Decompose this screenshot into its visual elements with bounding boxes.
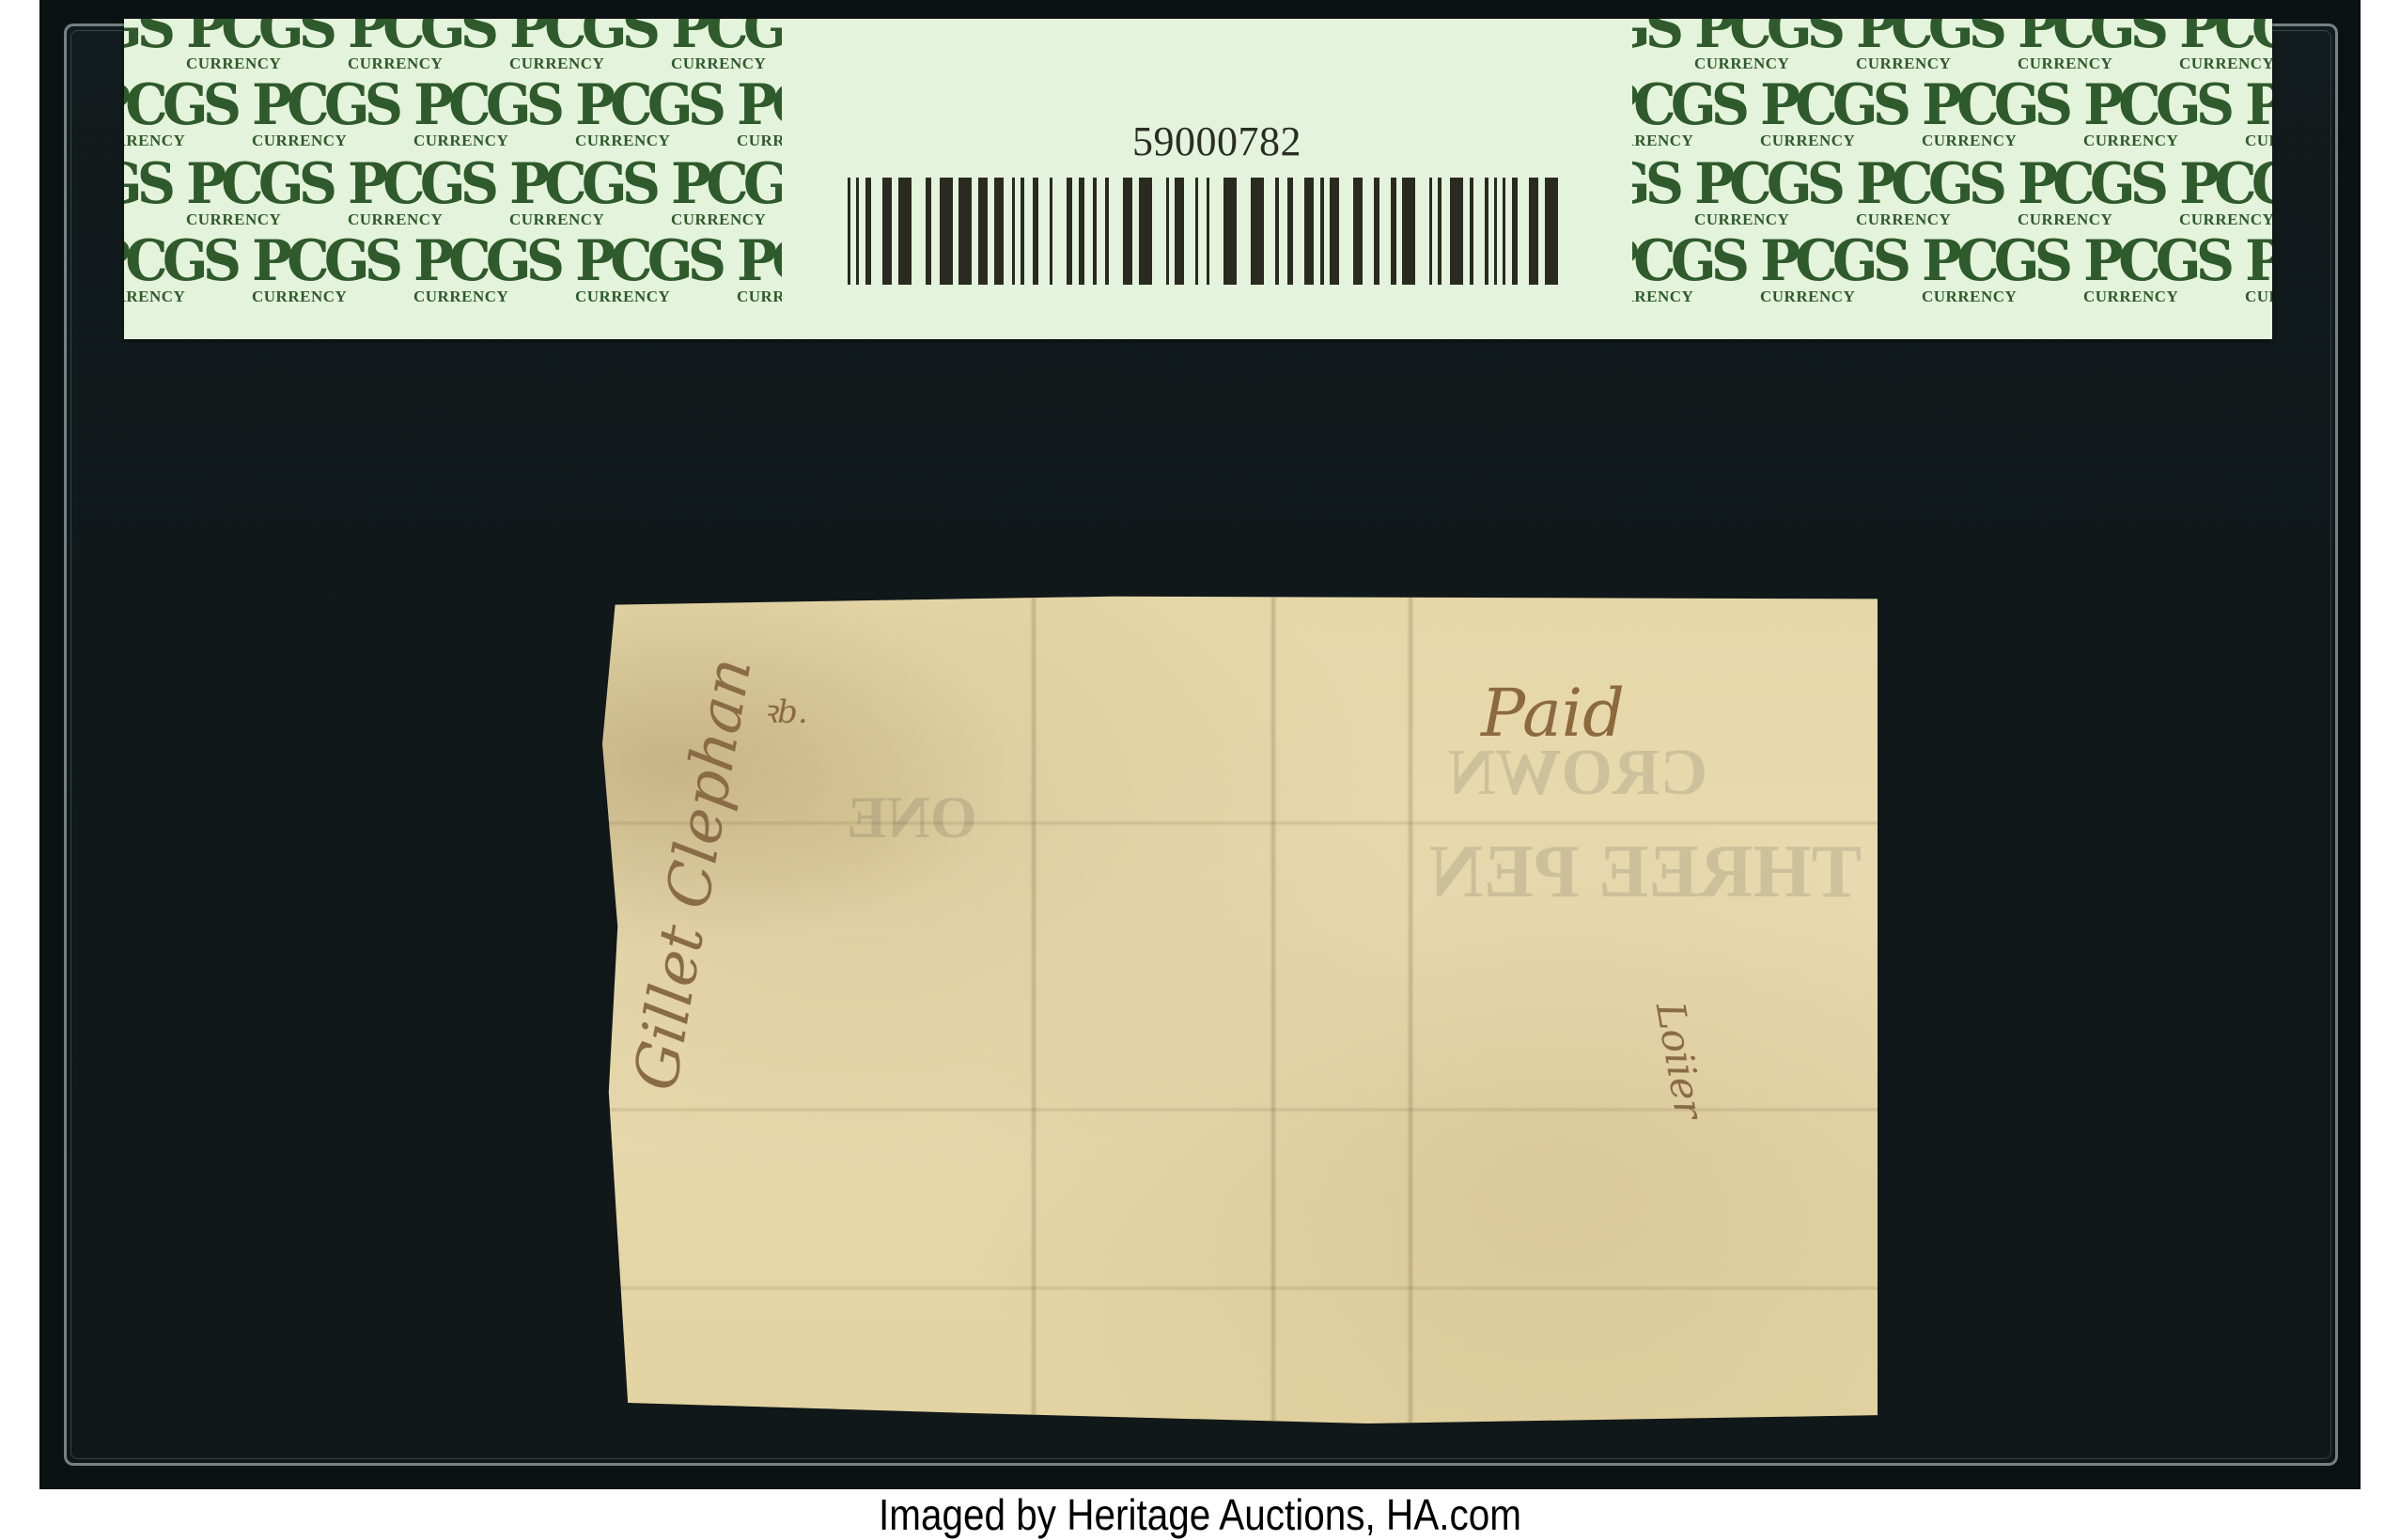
barcode-bar — [1320, 178, 1324, 285]
barcode-bar — [1050, 178, 1052, 285]
handwritten-signature-left: Gillet Clephan — [621, 653, 766, 1096]
label-pattern-left: PCGSCURRENCYPCGSCURRENCYPCGSCURRENCYPCGS… — [124, 19, 782, 339]
barcode-bar — [1012, 178, 1015, 285]
pcgs-logo-icon: PCGSCURRENCY — [506, 19, 667, 79]
barcode-bar — [978, 178, 988, 285]
barcode-bar — [1123, 178, 1132, 285]
barcode-bar — [1330, 178, 1339, 285]
barcode — [848, 178, 1560, 285]
show-through-print: THREE PEN — [1429, 830, 1862, 915]
pcgs-logo-icon: PCGSCURRENCY — [1632, 156, 1691, 235]
label-pattern-row: PCGSCURRENCYPCGSCURRENCYPCGSCURRENCYPCGS… — [124, 19, 782, 79]
pcgs-logo-icon: PCGSCURRENCY — [667, 19, 782, 79]
pcgs-logo-icon: PCGSCURRENCY — [410, 233, 571, 312]
handwritten-paid: Paid — [1481, 675, 1625, 752]
barcode-bar — [1450, 178, 1463, 285]
pcgs-logo-icon: PCGSCURRENCY — [124, 77, 248, 156]
pcgs-logo-icon: PCGSCURRENCY — [1691, 19, 1852, 79]
pcgs-logo-icon: PCGSCURRENCY — [2175, 19, 2272, 79]
pcgs-logo-icon: PCGSCURRENCY — [124, 19, 182, 79]
barcode-bar — [1251, 178, 1264, 285]
handwritten-signature-right: Loiier — [1647, 999, 1713, 1123]
pcgs-logo-icon: PCGSCURRENCY — [733, 233, 782, 312]
label-pattern-row: PCGSCURRENCYPCGSCURRENCYPCGSCURRENCYPCGS… — [1632, 156, 2272, 235]
barcode-bar — [1223, 178, 1237, 285]
show-through-print: ONE — [847, 783, 977, 852]
pcgs-logo-icon: PCGSCURRENCY — [248, 233, 410, 312]
barcode-bar — [856, 178, 859, 285]
barcode-bar — [1545, 178, 1558, 285]
barcode-bar — [1033, 178, 1038, 285]
pcgs-logo-icon: PCGSCURRENCY — [2014, 19, 2175, 79]
pcgs-logo-icon: PCGSCURRENCY — [344, 19, 506, 79]
barcode-bar — [958, 178, 972, 285]
pcgs-logo-icon: PCGSCURRENCY — [182, 19, 344, 79]
pcgs-logo-icon: PCGSCURRENCY — [344, 156, 506, 235]
barcode-bar — [1494, 178, 1497, 285]
pcgs-logo-icon: PCGSCURRENCY — [667, 156, 782, 235]
barcode-bar — [1079, 178, 1084, 285]
pcgs-logo-icon: PCGSCURRENCY — [2080, 233, 2241, 312]
barcode-bar — [994, 178, 1004, 285]
barcode-bar — [1287, 178, 1293, 285]
barcode-bar — [1304, 178, 1314, 285]
pcgs-logo-icon: PCGSCURRENCY — [1632, 233, 1756, 312]
barcode-bar — [1195, 178, 1198, 285]
label-pattern-row: PCGSCURRENCYPCGSCURRENCYPCGSCURRENCYPCGS… — [124, 77, 782, 156]
pcgs-logo-icon: PCGSCURRENCY — [124, 233, 248, 312]
barcode-bar — [1503, 178, 1505, 285]
barcode-bar — [940, 178, 953, 285]
barcode-bar — [1353, 178, 1363, 285]
barcode-bar — [1438, 178, 1442, 285]
image-credit: Imaged by Heritage Auctions, HA.com — [144, 1489, 2256, 1540]
barcode-bar — [882, 178, 892, 285]
pcgs-logo-icon: PCGSCURRENCY — [124, 156, 182, 235]
barcode-bar — [1529, 178, 1538, 285]
barcode-bar — [1139, 178, 1152, 285]
pcgs-logo-icon: PCGSCURRENCY — [1756, 77, 1918, 156]
pcgs-logo-icon: PCGSCURRENCY — [2014, 156, 2175, 235]
barcode-bar — [1067, 178, 1072, 285]
pcgs-logo-icon: PCGSCURRENCY — [410, 77, 571, 156]
pcgs-logo-icon: PCGSCURRENCY — [2241, 233, 2272, 312]
barcode-bar — [1374, 178, 1379, 285]
pcgs-logo-icon: PCGSCURRENCY — [2175, 156, 2272, 235]
barcode-bar — [1175, 178, 1184, 285]
barcode-bar — [1093, 178, 1097, 285]
pcgs-logo-icon: PCGSCURRENCY — [1918, 233, 2080, 312]
barcode-bar — [1105, 178, 1109, 285]
pcgs-logo-icon: PCGSCURRENCY — [2080, 77, 2241, 156]
pcgs-logo-icon: PCGSCURRENCY — [1918, 77, 2080, 156]
pcgs-logo-icon: PCGSCURRENCY — [571, 77, 733, 156]
pcgs-logo-icon: PCGSCURRENCY — [2241, 77, 2272, 156]
barcode-bar — [898, 178, 912, 285]
pcgs-logo-icon: PCGSCURRENCY — [248, 77, 410, 156]
pcgs-label: PCGSCURRENCYPCGSCURRENCYPCGSCURRENCYPCGS… — [124, 19, 2272, 339]
fold-line — [602, 820, 1878, 826]
pcgs-logo-icon: PCGSCURRENCY — [733, 77, 782, 156]
barcode-bar — [848, 178, 850, 285]
handwritten-mark: ꝛb. — [762, 689, 808, 732]
fold-line — [1030, 595, 1037, 1423]
barcode-bar — [865, 178, 871, 285]
label-pattern-row: PCGSCURRENCYPCGSCURRENCYPCGSCURRENCYPCGS… — [1632, 19, 2272, 79]
barcode-bar — [1166, 178, 1169, 285]
pcgs-logo-icon: PCGSCURRENCY — [1852, 156, 2014, 235]
label-pattern-row: PCGSCURRENCYPCGSCURRENCYPCGSCURRENCYPCGS… — [1632, 233, 2272, 312]
barcode-bar — [1485, 178, 1488, 285]
fold-line — [602, 1285, 1878, 1291]
label-pattern-row: PCGSCURRENCYPCGSCURRENCYPCGSCURRENCYPCGS… — [1632, 77, 2272, 156]
barcode-bar — [1402, 178, 1415, 285]
pcgs-logo-icon: PCGSCURRENCY — [182, 156, 344, 235]
barcode-bar — [1391, 178, 1396, 285]
label-pattern-row: PCGSCURRENCYPCGSCURRENCYPCGSCURRENCYPCGS… — [124, 156, 782, 235]
label-pattern-row: PCGSCURRENCYPCGSCURRENCYPCGSCURRENCYPCGS… — [124, 233, 782, 312]
pcgs-logo-icon: PCGSCURRENCY — [1632, 77, 1756, 156]
barcode-bar — [1429, 178, 1432, 285]
barcode-bar — [1275, 178, 1279, 285]
cert-number: 59000782 — [1132, 120, 1301, 163]
fold-line — [1407, 595, 1414, 1423]
barcode-bar — [926, 178, 931, 285]
barcode-bar — [1512, 178, 1518, 285]
barcode-bar — [1021, 178, 1024, 285]
fold-line — [1270, 595, 1277, 1423]
pcgs-logo-icon: PCGSCURRENCY — [1756, 233, 1918, 312]
banknote: CROWN THREE PEN ONE Paid ꝛb. Gillet Clep… — [602, 595, 1878, 1423]
pcgs-logo-icon: PCGSCURRENCY — [571, 233, 733, 312]
pcgs-logo-icon: PCGSCURRENCY — [1852, 19, 2014, 79]
label-pattern-right: PCGSCURRENCYPCGSCURRENCYPCGSCURRENCYPCGS… — [1632, 19, 2272, 339]
barcode-bar — [1470, 178, 1473, 285]
pcgs-logo-icon: PCGSCURRENCY — [506, 156, 667, 235]
pcgs-logo-icon: PCGSCURRENCY — [1691, 156, 1852, 235]
pcgs-logo-icon: PCGSCURRENCY — [1632, 19, 1691, 79]
barcode-bar — [1207, 178, 1209, 285]
